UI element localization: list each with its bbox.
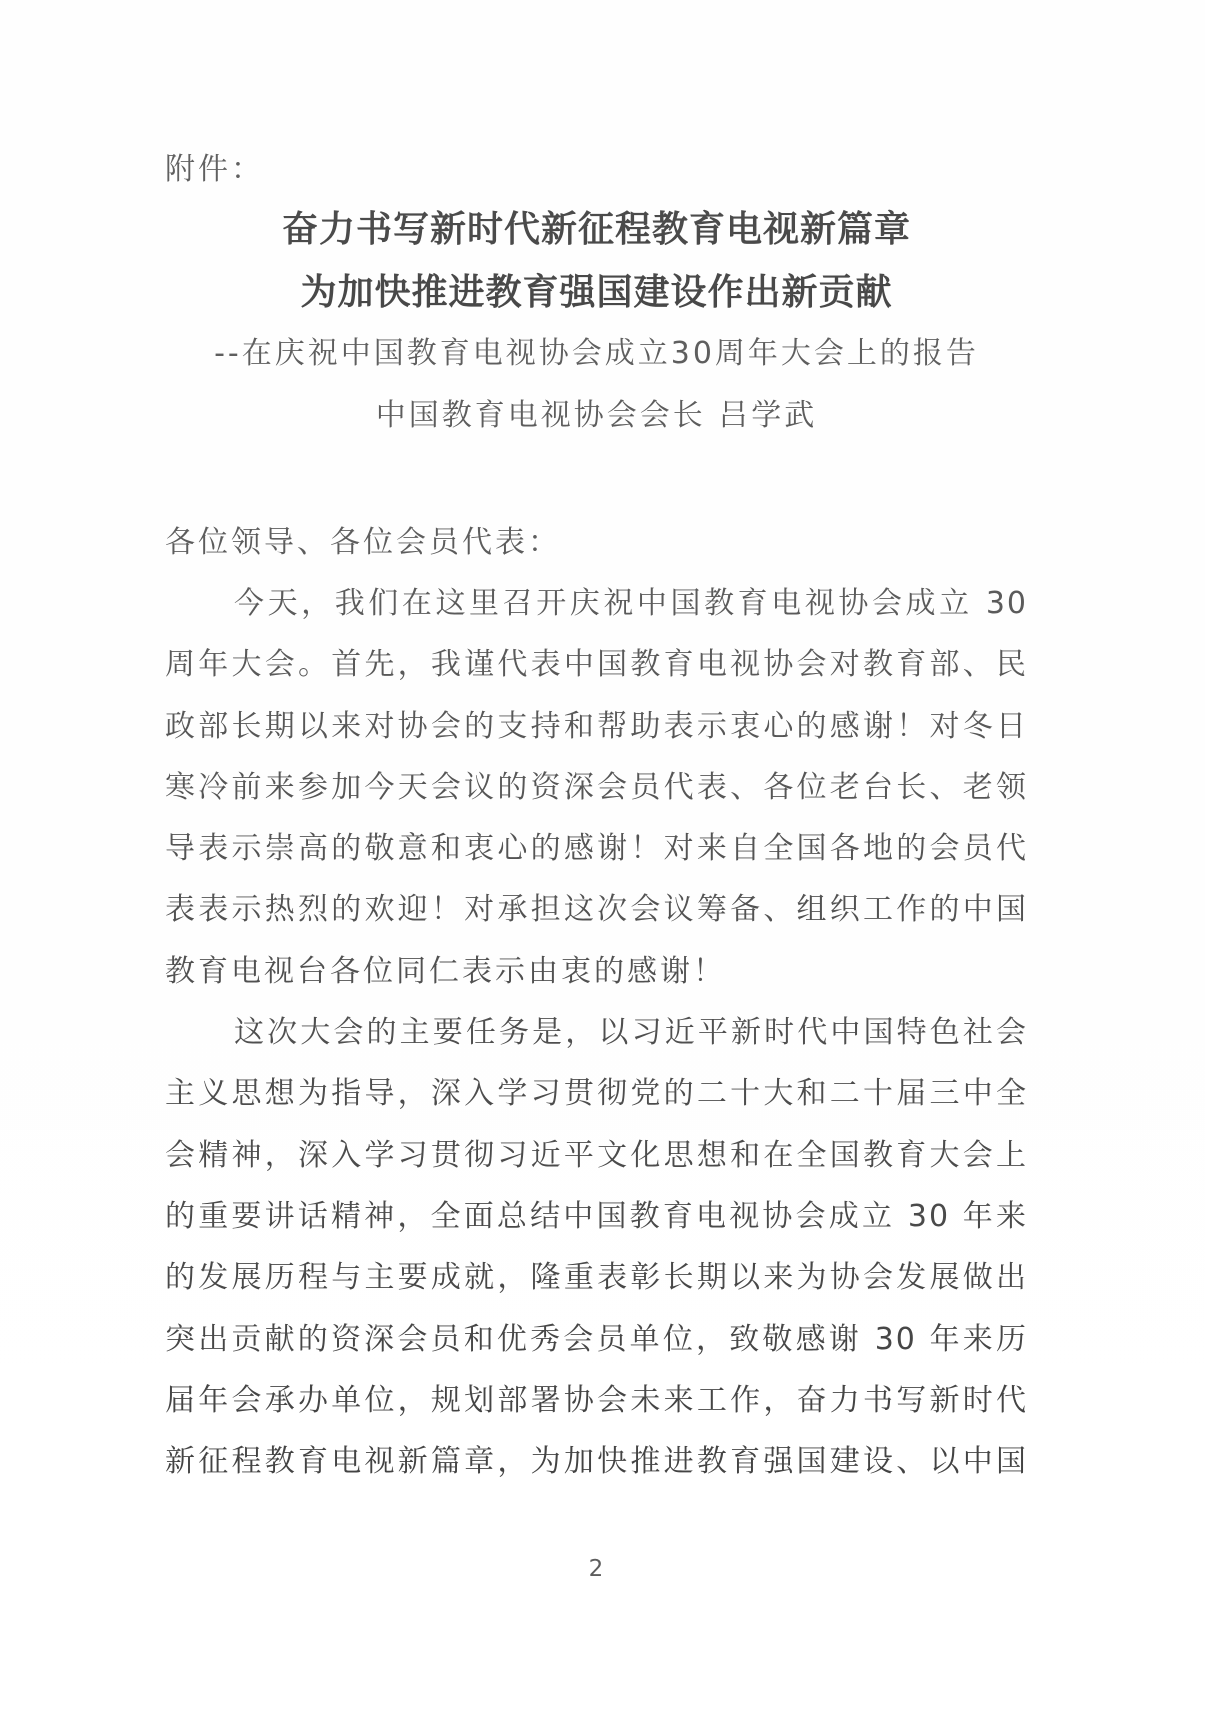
document-subtitle: --在庆祝中国教育电视协会成立30周年大会上的报告 [165,332,1028,376]
page-number: 2 [165,1556,1028,1582]
document-title-line2: 为加快推进教育强国建设作出新贡献 [165,270,1028,316]
attachment-label: 附件： [165,148,1028,192]
body-line: 周年大会。首先，我谨代表中国教育电视协会对教育部、民 [165,634,1028,695]
body-line: 政部长期以来对协会的支持和帮助表示衷心的感谢！对冬日 [165,696,1028,757]
body-line: 表表示热烈的欢迎！对承担这次会议筹备、组织工作的中国 [165,879,1028,940]
body-line: 寒冷前来参加今天会议的资深会员代表、各位老台长、老领 [165,757,1028,818]
body-line: 主义思想为指导，深入学习贯彻党的二十大和二十届三中全 [165,1063,1028,1124]
document-author-line: 中国教育电视协会会长 吕学武 [165,394,1028,438]
document-title-line1: 奋力书写新时代新征程教育电视新篇章 [165,207,1028,253]
body-line: 导表示崇高的敬意和衷心的感谢！对来自全国各地的会员代 [165,818,1028,879]
salutation-line: 各位领导、各位会员代表： [165,521,1028,565]
body-line: 今天，我们在这里召开庆祝中国教育电视协会成立 30 [165,573,1028,634]
body-line: 届年会承办单位，规划部署协会未来工作，奋力书写新时代 [165,1370,1028,1431]
document-page: 附件： 奋力书写新时代新征程教育电视新篇章 为加快推进教育强国建设作出新贡献 -… [0,0,1205,1718]
body-text-block: 今天，我们在这里召开庆祝中国教育电视协会成立 30周年大会。首先，我谨代表中国教… [165,573,1028,1492]
body-line: 的重要讲话精神，全面总结中国教育电视协会成立 30 年来 [165,1186,1028,1247]
body-line: 会精神，深入学习贯彻习近平文化思想和在全国教育大会上 [165,1125,1028,1186]
body-line: 突出贡献的资深会员和优秀会员单位，致敬感谢 30 年来历 [165,1309,1028,1370]
body-line: 这次大会的主要任务是，以习近平新时代中国特色社会 [165,1002,1028,1063]
body-line: 的发展历程与主要成就，隆重表彰长期以来为协会发展做出 [165,1247,1028,1308]
body-line: 新征程教育电视新篇章，为加快推进教育强国建设、以中国 [165,1431,1028,1492]
body-line: 教育电视台各位同仁表示由衷的感谢！ [165,941,1028,1002]
